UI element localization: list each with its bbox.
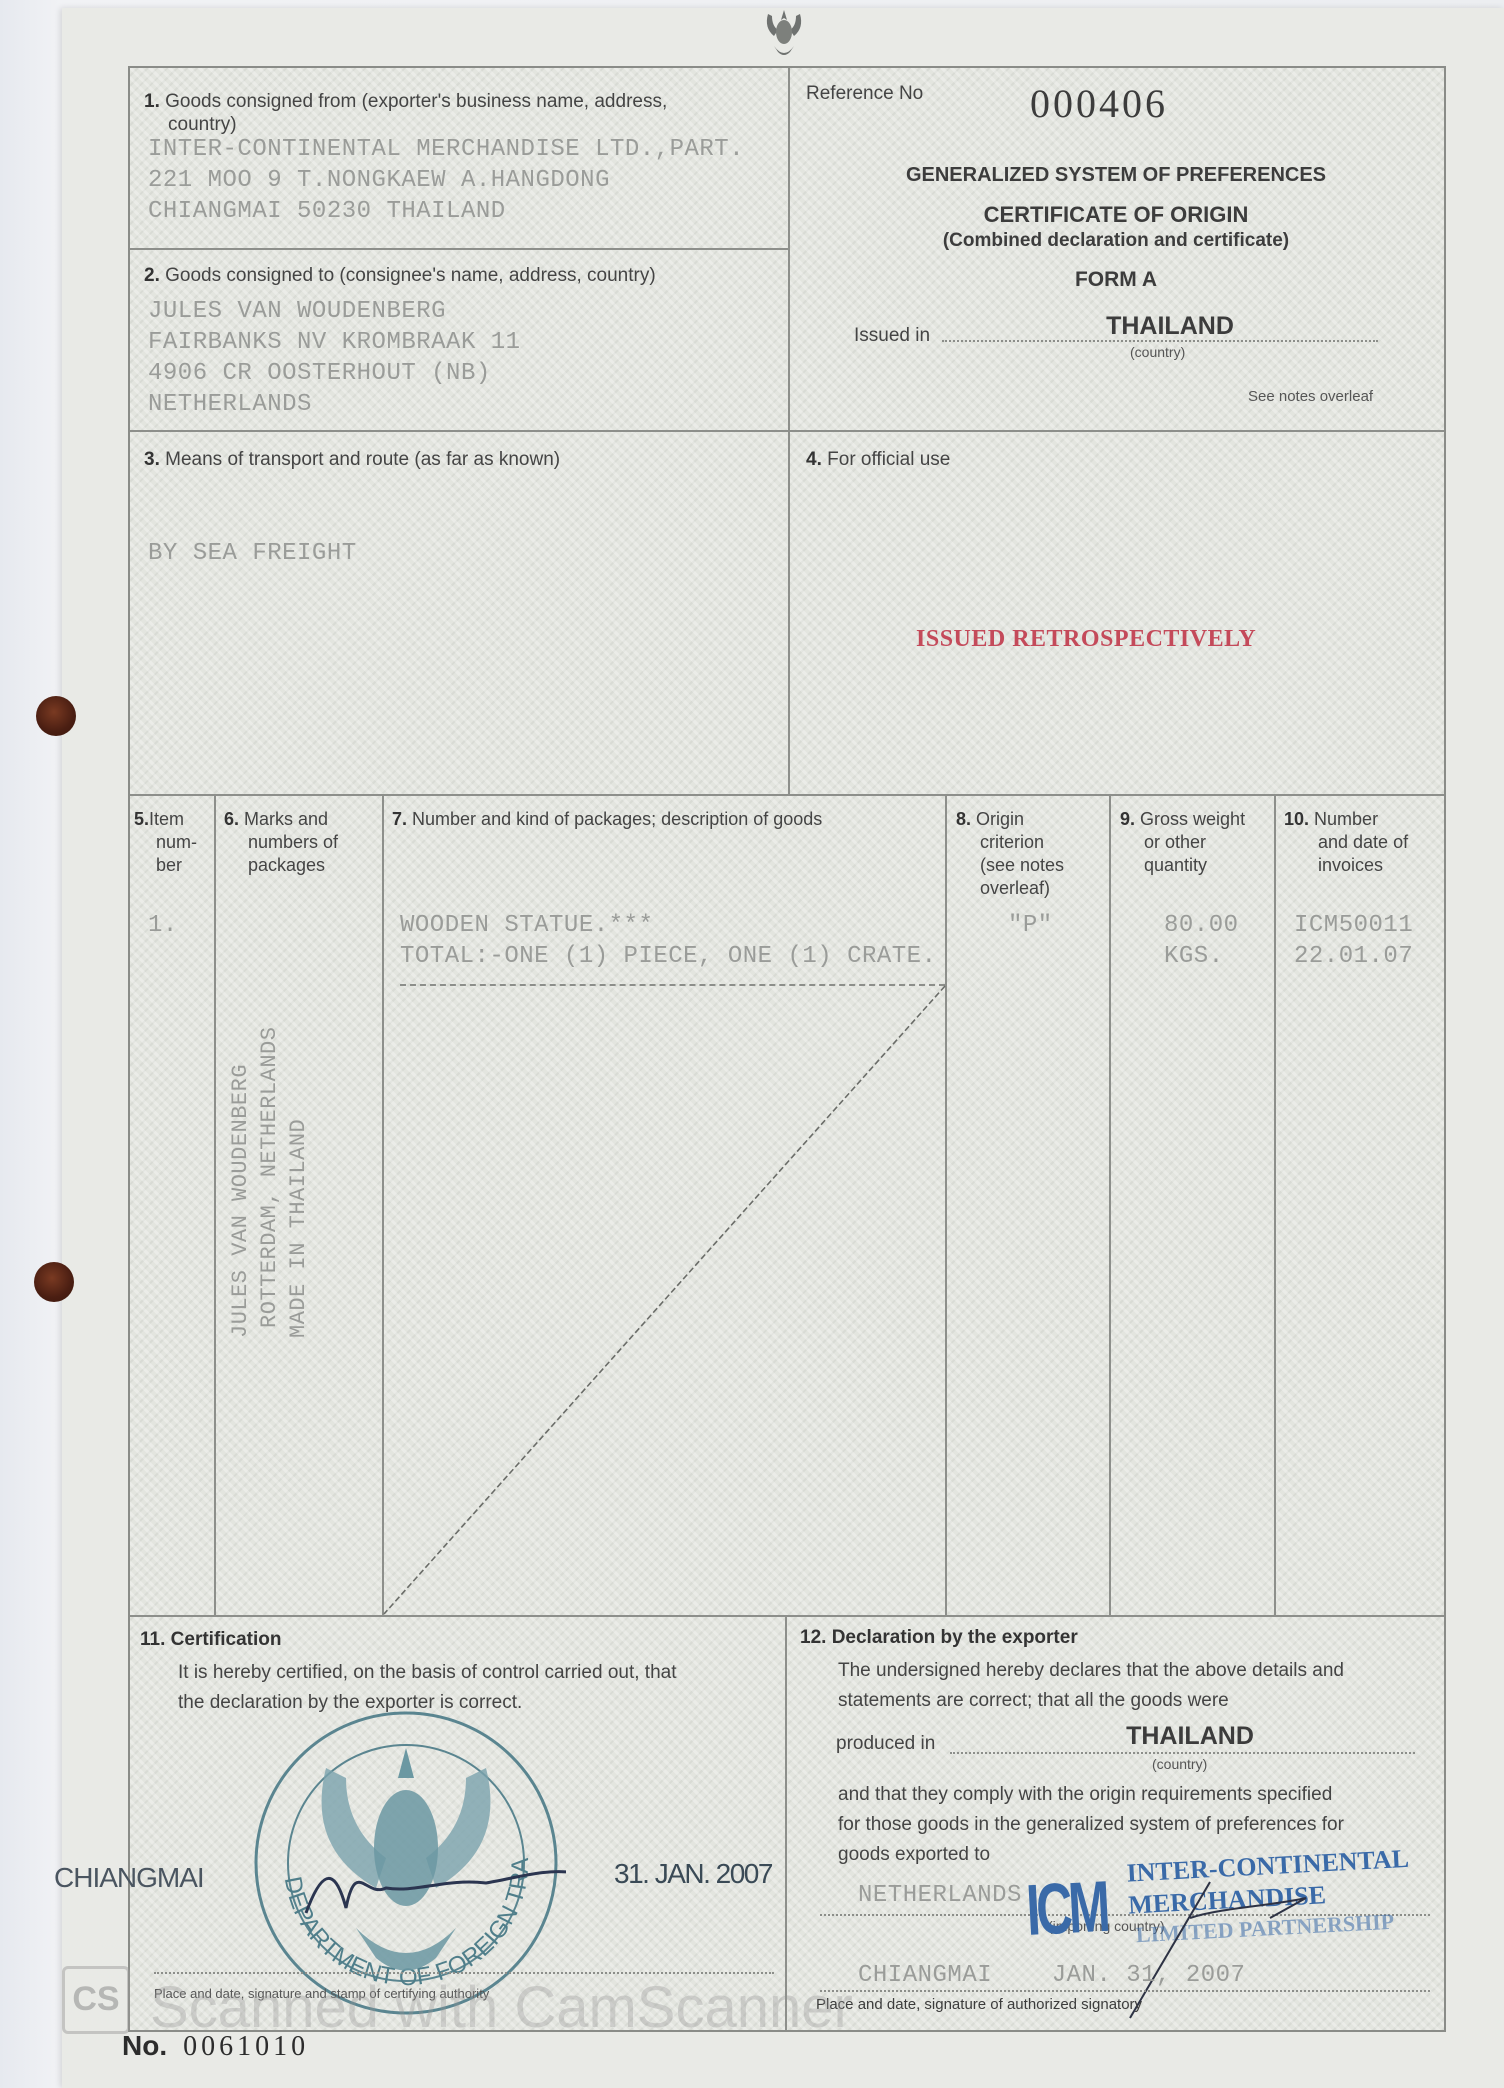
box3-label: 3. Means of transport and route (as far … <box>144 448 560 471</box>
consignee-line: 4906 CR OOSTERHOUT (NB) <box>148 358 491 389</box>
exporter-line: INTER-CONTINENTAL MERCHANDISE LTD.,PART. <box>148 134 744 165</box>
produced-country-caption: (country) <box>1152 1756 1207 1772</box>
cancellation-diagonal-line <box>382 984 948 1616</box>
consignee-line: NETHERLANDS <box>148 389 312 420</box>
exporter-line: 221 MOO 9 T.NONGKAEW A.HANGDONG <box>148 165 610 196</box>
produced-in-dotted-line <box>950 1752 1415 1754</box>
divider <box>785 1615 787 2030</box>
divider <box>130 248 788 250</box>
produced-in-value: THAILAND <box>990 1722 1390 1751</box>
exporter-line: CHIANGMAI 50230 THAILAND <box>148 196 506 227</box>
issued-retrospectively-stamp: ISSUED RETROSPECTIVELY <box>916 626 1256 653</box>
issued-in-label: Issued in <box>854 324 930 347</box>
divider <box>214 794 216 1615</box>
reference-number: 000406 <box>1030 80 1168 127</box>
header-invoices: 10. Number and date of invoices <box>1284 808 1408 877</box>
form-serial-number: No.0061010 <box>122 2030 309 2063</box>
consignee-line: FAIRBANKS NV KROMBRAAK 11 <box>148 327 521 358</box>
punch-hole-icon <box>36 696 76 736</box>
declaration-dotted-line <box>820 1990 1430 1992</box>
declaration-caption: Place and date, signature of authorized … <box>816 1996 1142 2013</box>
exported-to-value: NETHERLANDS <box>858 1880 1022 1911</box>
box2-label: 2. Goods consigned to (consignee's name,… <box>144 264 656 287</box>
garuda-emblem-icon <box>758 6 810 62</box>
divider <box>130 794 1444 796</box>
issued-in-value: THAILAND <box>970 312 1370 341</box>
form-name: FORM A <box>788 268 1444 292</box>
declaration-place-date: CHIANGMAI JAN. 31, 2007 <box>858 1960 1245 1991</box>
header-origin-criterion: 8. Origin criterion (see notes overleaf) <box>956 808 1064 900</box>
gross-weight-value: 80.00 <box>1164 910 1239 941</box>
camscanner-logo-icon: CS <box>62 1966 130 2034</box>
punch-hole-icon <box>34 1262 74 1302</box>
transport-value: BY SEA FREIGHT <box>148 538 357 569</box>
divider <box>1274 794 1276 1615</box>
certificate-title: CERTIFICATE OF ORIGIN <box>788 202 1444 228</box>
divider <box>1109 794 1111 1615</box>
produced-in-label: produced in <box>836 1732 935 1755</box>
certification-date: 31. JAN. 2007 <box>614 1862 772 1885</box>
certification-place: CHIANGMAI <box>54 1866 204 1889</box>
certificate-form: 1. Goods consigned from (exporter's busi… <box>128 66 1446 2032</box>
box12-label: 12. Declaration by the exporter <box>800 1626 1078 1649</box>
origin-criterion-value: "P" <box>1008 910 1053 941</box>
box1-label: 1. Goods consigned from (exporter's busi… <box>144 90 667 136</box>
item-number: 1. <box>148 910 178 941</box>
description-line: WOODEN STATUE.*** <box>400 910 653 941</box>
header-item-number: 5.Item num- ber <box>134 808 197 877</box>
reference-label: Reference No <box>806 82 923 105</box>
header-gross-weight: 9. Gross weight or other quantity <box>1120 808 1245 877</box>
description-line: TOTAL:-ONE (1) PIECE, ONE (1) CRATE. <box>400 941 936 972</box>
gsp-title: GENERALIZED SYSTEM OF PREFERENCES <box>788 164 1444 187</box>
declaration-text: The undersigned hereby declares that the… <box>838 1656 1344 1716</box>
consignee-line: JULES VAN WOUDENBERG <box>148 296 446 327</box>
divider <box>130 430 1444 432</box>
gross-weight-unit: KGS. <box>1164 941 1224 972</box>
header-marks: 6. Marks and numbers of packages <box>224 808 338 877</box>
invoice-number: ICM50011 <box>1294 910 1413 941</box>
marks-rotated: JULES VAN WOUDENBERG ROTTERDAM, NETHERLA… <box>226 1027 313 1338</box>
invoice-date: 22.01.07 <box>1294 941 1413 972</box>
box11-label: 11. Certification <box>140 1628 282 1651</box>
header-description: 7. Number and kind of packages; descript… <box>392 808 822 831</box>
box4-label: 4. For official use <box>806 448 950 471</box>
certificate-subtitle: (Combined declaration and certificate) <box>788 230 1444 252</box>
country-caption: (country) <box>1130 344 1185 360</box>
see-notes: See notes overleaf <box>1248 388 1373 405</box>
